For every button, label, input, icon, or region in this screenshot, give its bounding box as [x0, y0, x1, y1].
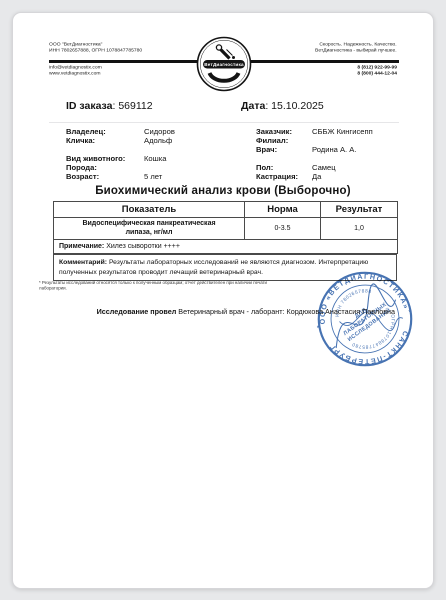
performed-label: Исследование провел — [97, 307, 177, 316]
table-row: Видоспецифическая панкреатическая липаза… — [54, 218, 398, 240]
document-page: ООО "ВетДиагностика" ИНН 7802657888, ОГР… — [0, 0, 446, 600]
analyte-result: 1,0 — [321, 218, 398, 240]
company-website: www.vetdiagnostix.com — [49, 70, 102, 76]
detail-row-petname: Кличка:Адольф — [66, 137, 175, 146]
order-date: Дата: 15.10.2025 — [241, 100, 324, 112]
col-header-norm: Норма — [245, 202, 321, 218]
table-header-row: Показатель Норма Результат — [54, 202, 398, 218]
customer-details: Заказчик:СББЖ Кингисепп Филиал: Врач:Род… — [256, 128, 373, 182]
logo-text: ВетДиагностика — [204, 62, 244, 67]
analyte-norm: 0-3.5 — [245, 218, 321, 240]
detail-label: Заказчик: — [256, 128, 312, 136]
patient-details: Владелец:Сидоров Кличка:Адольф Вид живот… — [66, 128, 175, 182]
detail-label: Вид животного: — [66, 155, 144, 163]
note-value: Хилез сыворотки ++++ — [106, 243, 180, 250]
company-registration: ИНН 7802657888, ОГРН 1078847785780 — [49, 47, 142, 53]
detail-label: Врач: — [256, 146, 312, 154]
phone-2: 8 (800) 444-12-04 — [357, 70, 397, 76]
detail-label: Владелец: — [66, 128, 144, 136]
col-header-indicator: Показатель — [54, 202, 245, 218]
detail-value: Сидоров — [144, 128, 175, 136]
vetdiagnostika-logo: ВетДиагностика — [196, 36, 252, 92]
detail-value: Самец — [312, 164, 336, 172]
detail-label: Филиал: — [256, 137, 312, 145]
report-title: Биохимический анализ крови (Выборочно) — [13, 185, 433, 197]
detail-value: Да — [312, 173, 321, 181]
detail-row-castration: Кастрация:Да — [256, 173, 373, 182]
detail-value: Кошка — [144, 155, 166, 163]
note-label: Примечание: — [59, 243, 104, 250]
comment-label: Комментарий: — [59, 259, 107, 266]
lab-stamp: ООО «ВЕТДИАГНОСТИКА» САНКТ-ПЕТЕРБУРГ * *… — [297, 251, 434, 388]
detail-row-age: Возраст:5 лет — [66, 173, 175, 182]
lab-report-card: ООО "ВетДиагностика" ИНН 7802657888, ОГР… — [12, 12, 434, 589]
col-header-result: Результат — [321, 202, 398, 218]
detail-label: Порода: — [66, 164, 144, 172]
note-row: Примечание: Хилез сыворотки ++++ — [54, 240, 398, 254]
detail-value: Адольф — [144, 137, 172, 145]
detail-label: Возраст: — [66, 173, 144, 181]
order-id-value: 569112 — [118, 100, 152, 112]
detail-label: Кастрация: — [256, 173, 312, 181]
detail-label: Кличка: — [66, 137, 144, 145]
slogan-line-2: ВетДиагностика - выбирай лучшее. — [315, 47, 397, 53]
detail-label: Пол: — [256, 164, 312, 172]
detail-value: Родина А. А. — [312, 146, 356, 154]
order-id-label: ID заказа — [66, 100, 112, 112]
order-date-label: Дата — [241, 100, 265, 112]
order-id: ID заказа: 569112 — [66, 100, 153, 112]
detail-value: СББЖ Кингисепп — [312, 128, 373, 136]
order-date-value: 15.10.2025 — [271, 100, 324, 112]
results-table: Показатель Норма Результат Видоспецифиче… — [53, 201, 398, 254]
analyte-name: Видоспецифическая панкреатическая липаза… — [54, 218, 245, 240]
detail-value: 5 лет — [144, 173, 162, 181]
order-separator — [49, 122, 399, 123]
detail-row-doctor: Врач:Родина А. А. — [256, 146, 373, 155]
